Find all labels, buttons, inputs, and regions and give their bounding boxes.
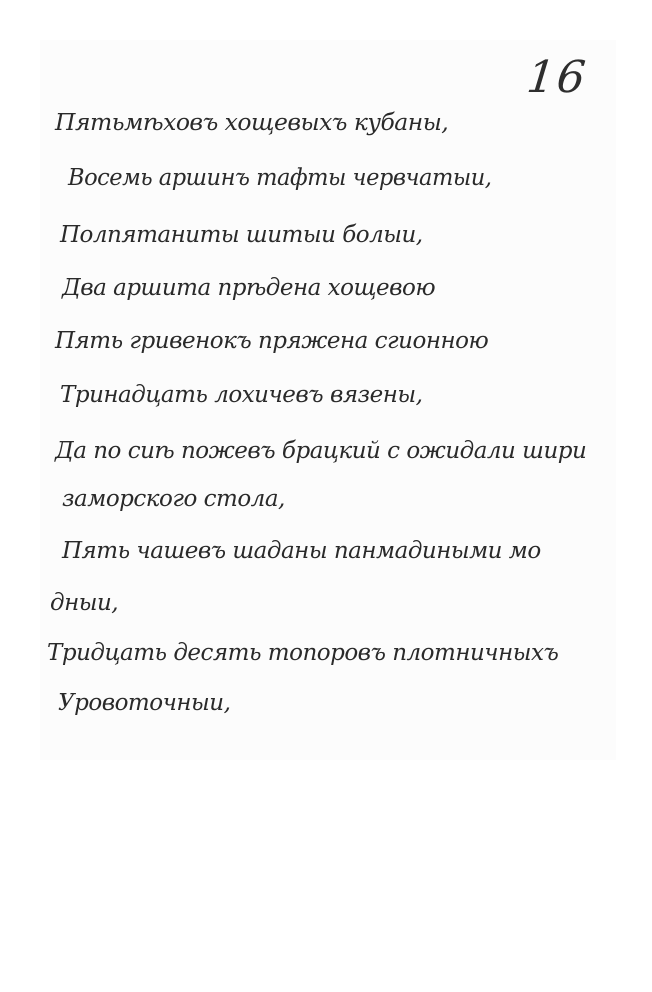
text-line-11: Тридцать десять топоровъ плотничныхъ (47, 640, 558, 666)
text-line-9: Пять чашевъ шаданы панмадиными мо (62, 538, 541, 564)
folio-number: 16 (524, 52, 589, 103)
text-line-5: Пять гривенокъ пряжена сгионною (55, 328, 488, 354)
text-line-12: Уровоточныи, (58, 690, 230, 716)
text-line-2: Восемь аршинъ тафты червчатыи, (68, 165, 491, 191)
text-line-4: Два аршита прѣдена хощевою (62, 275, 435, 301)
text-line-3: Полпятаниты шитыи болыи, (60, 222, 423, 248)
text-line-6: Тринадцать лохичевъ вязены, (60, 382, 422, 408)
text-line-8: заморского стола, (62, 486, 285, 512)
text-line-7: Да по сиѣ пожевъ брацкий с ожидали шири (55, 438, 586, 464)
text-line-10: дныи, (50, 590, 118, 616)
text-line-1: Пятьмѣховъ хощевыхъ кубаны, (55, 110, 448, 136)
